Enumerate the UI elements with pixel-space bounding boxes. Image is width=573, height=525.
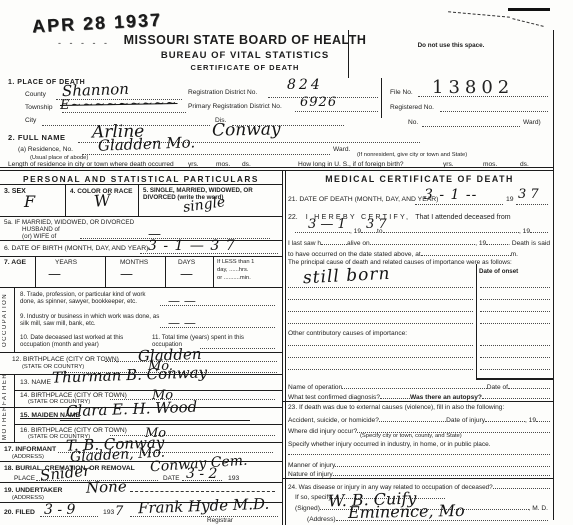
registration-district-value-handwriting: 824 <box>287 78 323 92</box>
alive-on-text: alive on <box>347 240 370 248</box>
dotted-leader <box>383 226 520 233</box>
column-divider <box>285 171 286 525</box>
dotted-leader <box>480 356 550 358</box>
dotted-leader <box>288 356 473 358</box>
cell-divider <box>35 257 36 287</box>
horizontal-rule <box>0 184 282 185</box>
signed-label: (Signed) <box>295 505 320 513</box>
horizontal-rule <box>0 167 553 168</box>
filed-year-prefix: 193 <box>103 509 114 517</box>
form-subtitle-bureau: BUREAU OF VITAL STATISTICS <box>115 50 375 61</box>
meridiem-label: m. <box>511 251 518 259</box>
full-name-last-handwriting: Conway <box>212 121 281 139</box>
dotted-leader <box>288 322 473 324</box>
informant-label: 17. INFORMANT <box>4 446 56 454</box>
occupation-side-label: OCCUPATION <box>2 292 8 348</box>
dotted-leader <box>295 110 378 112</box>
year-label: , 19 <box>519 228 530 236</box>
death-certificate-scan: APR 28 1937 - - - - - MISSOURI STATE BOA… <box>0 0 573 525</box>
dotted-leader <box>288 298 473 300</box>
filed-year-value-handwriting: 7 <box>115 505 123 518</box>
registrar-label: Registrar <box>207 517 233 525</box>
attended-from-value-handwriting: 3 — 1 <box>308 218 346 231</box>
dotted-leader <box>480 310 550 312</box>
paper-tear-mark <box>448 11 510 17</box>
sex-value-handwriting: F <box>24 194 35 210</box>
registrar-signature-handwriting: Frank Hyde M.D. <box>138 497 270 517</box>
horizontal-rule <box>0 482 282 483</box>
dotted-leader <box>288 310 473 312</box>
dotted-leader <box>321 238 347 245</box>
occupation-industry-value-handwriting: — — <box>168 317 196 329</box>
paper-tear-mark <box>508 8 550 11</box>
less-than-one-day-note: or ..........min. <box>217 275 251 281</box>
no-label: No. <box>408 119 418 127</box>
undertaker-address-label: (ADDRESS) <box>12 495 44 501</box>
dotted-leader <box>380 392 410 399</box>
registered-no-label: Registered No. <box>390 104 434 112</box>
page-edge-line <box>553 30 554 520</box>
horizontal-rule <box>0 256 282 257</box>
horizontal-rule <box>283 478 553 479</box>
dotted-leader <box>486 238 508 245</box>
occupation-last-worked-label: 10. Date deceased last worked at this oc… <box>20 334 140 349</box>
city-label: City <box>25 117 36 125</box>
attended-year-value-handwriting: 3 7 <box>366 218 387 231</box>
cell-divider <box>105 257 106 287</box>
dotted-leader <box>480 286 550 288</box>
physician-address-value-handwriting: Eminence, Mo <box>348 503 465 521</box>
dotted-leader <box>480 322 550 324</box>
dotted-leader <box>516 203 548 205</box>
file-number-value: 13802 <box>432 77 514 98</box>
dotted-leader <box>40 515 98 517</box>
dotted-leader <box>480 298 550 300</box>
nonresident-note: (If nonresident, give city or town and S… <box>357 152 467 158</box>
operation-label: Name of operation <box>288 384 342 392</box>
where-injury-label: Where did injury occur? <box>288 428 357 436</box>
township-label: Township <box>25 104 53 112</box>
mother-maiden-name-value-handwriting: Clara E. H. Wood <box>66 400 198 420</box>
dotted-leader <box>288 286 473 288</box>
form-title: MISSOURI STATE BOARD OF HEALTH <box>115 33 375 47</box>
date-of-onset-label: Date of onset <box>479 268 518 275</box>
dod-year-prefix: 19 <box>506 196 514 204</box>
filed-label: 20. FILED <box>4 509 35 517</box>
age-years-value-handwriting: — <box>48 268 61 281</box>
dotted-leader <box>530 226 548 233</box>
item24-line: 24. Was disease or injury in any way rel… <box>288 482 550 492</box>
injury-year-label: , 19 <box>525 417 536 425</box>
form-subtitle-certificate: CERTIFICATE OF DEATH <box>115 63 375 72</box>
dotted-leader <box>421 249 511 256</box>
dotted-leader <box>288 368 473 370</box>
divider-line <box>381 78 382 118</box>
dotted-leader <box>415 203 503 205</box>
cell-divider <box>138 185 139 216</box>
dotted-leader <box>480 368 550 370</box>
specify-whether-note: Specify whether injury occurred in indus… <box>288 441 552 449</box>
dotted-leader <box>342 382 486 389</box>
dotted-leader <box>182 479 222 481</box>
do-not-use-note: Do not use this space. <box>392 42 510 50</box>
informant-address-label: (ADDRESS) <box>12 454 44 460</box>
onset-box-line <box>476 264 477 378</box>
personal-section-title: PERSONAL AND STATISTICAL PARTICULARS <box>0 174 282 184</box>
death-is-said-text: . Death is said <box>508 240 550 248</box>
father-name-label: 13. NAME <box>20 379 51 387</box>
certify-number: 22. <box>288 214 298 222</box>
md-label: , M. D. <box>529 505 548 513</box>
occupation-industry-label: 9. Industry or business in which work wa… <box>20 313 160 328</box>
last-saw-line: I last saw h alive on , 19 . Death is sa… <box>288 238 550 248</box>
accident-label: Accident, suicide, or homicide? <box>288 417 379 425</box>
accident-line: Accident, suicide, or homicide? Date of … <box>288 415 550 425</box>
age-months-value-handwriting: — <box>120 268 133 281</box>
dotted-leader <box>493 482 550 489</box>
date-of-birth-value-handwriting: 3 - 1 — 3 7 <box>148 239 236 253</box>
horizontal-rule <box>14 424 282 425</box>
undertaker-value-handwriting: None <box>86 479 127 495</box>
registration-district-label: Registration District No. <box>188 89 257 97</box>
year-label: , 19 <box>475 240 486 248</box>
physician-address-label: (Address) <box>307 516 336 524</box>
dotted-leader <box>370 238 476 245</box>
paper-tear-mark <box>512 18 543 27</box>
dotted-leader <box>480 344 550 346</box>
age-days-value-handwriting: — <box>180 268 193 281</box>
horizontal-rule <box>14 390 282 391</box>
dotted-leader <box>200 347 275 349</box>
principal-cause-label: The principal cause of death and related… <box>288 259 552 267</box>
horizontal-rule <box>283 401 553 402</box>
dotted-leader <box>357 426 550 433</box>
dotted-leader <box>130 515 278 517</box>
mother-side-label: MOTHER <box>2 410 8 440</box>
occupation-trade-label: 8. Trade, profession, or particular kind… <box>20 291 160 306</box>
date-of-death-value-handwriting: 3 - 1 -- <box>424 188 477 202</box>
onset-box-line <box>476 378 553 380</box>
contributory-causes-label: Other contributory causes of importance: <box>288 330 407 338</box>
county-label: County <box>25 91 46 99</box>
dotted-leader <box>482 392 550 399</box>
residence-label: (a) Residence, No. <box>18 146 73 154</box>
age-days-header: DAYS <box>178 259 195 267</box>
cell-divider <box>213 257 214 287</box>
father-name-value-handwriting: Thurman B. Conway <box>52 365 208 385</box>
dod-year-value-handwriting: 3 7 <box>518 188 539 201</box>
primary-district-label: Primary Registration District No. <box>188 103 282 111</box>
cell-divider <box>14 374 15 442</box>
ward-label: Ward) <box>523 119 541 127</box>
dotted-leader <box>485 415 525 422</box>
occupation-trade-value-handwriting: — — <box>168 295 196 307</box>
dotted-leader <box>288 453 550 455</box>
attended-year-prefix: , 19 <box>350 228 361 236</box>
cell-divider <box>65 185 66 216</box>
cell-divider <box>165 257 166 287</box>
horizontal-rule <box>0 170 553 171</box>
dotted-leader <box>440 110 548 112</box>
injury-date-label: Date of injury <box>446 417 485 425</box>
township-value-handwriting-struck: E~~~~~~~~~ <box>60 97 178 112</box>
item23-label: 23. If death was due to external causes … <box>288 404 552 412</box>
age-months-header: MONTHS <box>120 259 148 267</box>
birthplace-label: 12. BIRTHPLACE (CITY OR TOWN) <box>12 356 119 364</box>
medical-section-title: MEDICAL CERTIFICATE OF DEATH <box>286 174 553 184</box>
dotted-leader <box>536 415 550 422</box>
certify-rest-text: That I attended deceased from <box>415 214 510 222</box>
dotted-leader <box>140 252 278 254</box>
occurred-text: to have occurred on the date stated abov… <box>288 251 421 259</box>
less-than-one-day-note: day, ......hrs. <box>217 267 248 273</box>
horizontal-rule <box>0 287 282 288</box>
age-years-header: YEARS <box>55 259 77 267</box>
dotted-leader <box>379 415 446 422</box>
primary-district-value-handwriting: 6926 <box>300 96 337 109</box>
less-than-one-day-note: If LESS than 1 <box>217 259 254 265</box>
operation-line: Name of operation Date of <box>288 382 550 392</box>
dotted-leader <box>335 460 550 467</box>
dash-leader <box>130 491 275 492</box>
stamp-scribble: - - - - - <box>58 38 110 48</box>
undertaker-label: 19. UNDERTAKER <box>4 487 62 495</box>
age-label: 7. AGE <box>4 259 26 267</box>
sex-label: 3. SEX <box>4 188 26 196</box>
column-divider <box>282 171 283 525</box>
specify-city-note: (Specify city or town, county, and State… <box>360 433 462 439</box>
residence-ward-label: Ward. <box>333 146 350 154</box>
dotted-leader <box>333 469 550 476</box>
last-saw-text: I last saw h <box>288 240 321 248</box>
cell-divider <box>14 287 15 352</box>
residence-value-handwriting: Gladden Mo. <box>98 135 196 153</box>
occurred-line: to have occurred on the date stated abov… <box>288 249 518 259</box>
horizontal-rule <box>0 240 282 241</box>
father-side-label: FATHER <box>2 377 8 405</box>
color-race-value-handwriting: W <box>93 192 111 209</box>
divider-line <box>348 30 349 78</box>
cause-of-death-value-handwriting: still born <box>303 266 391 288</box>
horizontal-rule <box>0 216 282 217</box>
dotted-leader <box>288 344 473 346</box>
dotted-leader <box>422 125 520 127</box>
marital-status-value-handwriting: single <box>182 195 226 215</box>
if-so-label: If so, specify <box>295 494 332 502</box>
date-of-birth-label: 6. DATE OF BIRTH (MONTH, DAY, AND YEAR) <box>4 245 148 253</box>
full-name-label: 2. FULL NAME <box>8 133 66 142</box>
file-no-label: File No. <box>390 89 413 97</box>
dotted-leader <box>508 382 550 389</box>
signature-underline <box>60 420 250 421</box>
operation-date-label: Date of <box>487 384 508 392</box>
